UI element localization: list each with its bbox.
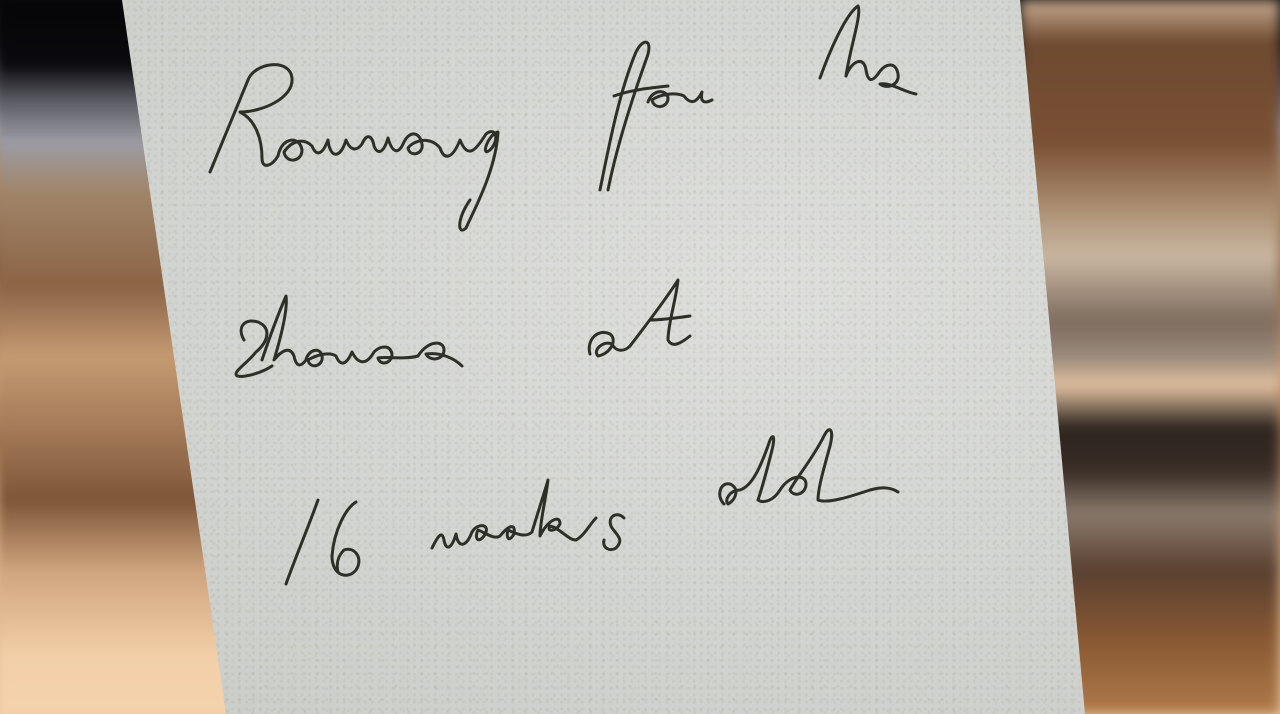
note-line-3: 16 weeks old bbox=[285, 445, 815, 538]
note-line-2: Shove at bbox=[235, 290, 543, 372]
note-line-1: Rowing for the bbox=[210, 60, 813, 153]
photo-scene: Rowing for the Shove at 16 weeks old bbox=[0, 0, 1280, 714]
